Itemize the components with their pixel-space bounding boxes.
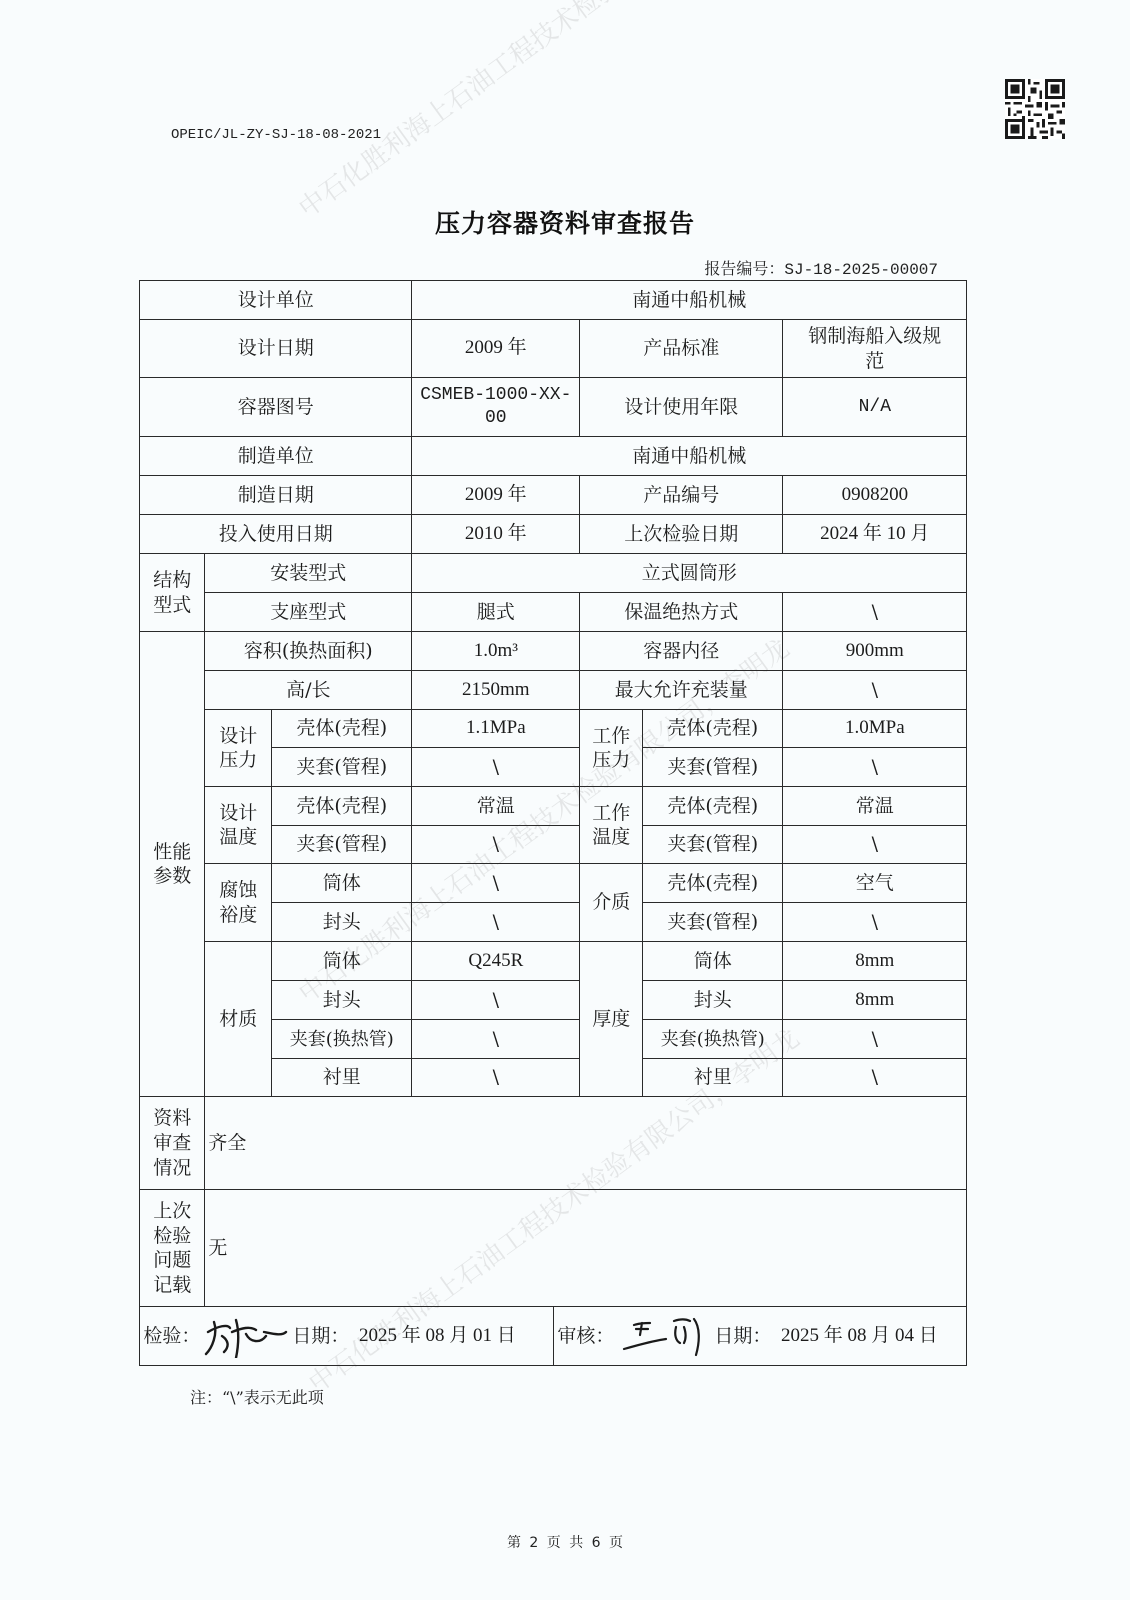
label-drawing-no: 容器图号 xyxy=(139,377,412,437)
value-working-pressure-jacket: \ xyxy=(782,747,967,787)
value-last-issues: 无 xyxy=(204,1189,967,1307)
label-design-temp: 设计温度 xyxy=(204,786,272,864)
reviewer-label: 审核： xyxy=(557,1324,614,1349)
drawing-no-text: CSMEB-1000-XX-00 xyxy=(416,384,575,431)
label-design-unit: 设计单位 xyxy=(139,280,412,320)
label-performance-group: 性能参数 xyxy=(139,631,205,1097)
design-life-text: N/A xyxy=(859,396,891,419)
value-in-service-date: 2010 年 xyxy=(411,514,580,554)
label-thickness-lining: 衬里 xyxy=(642,1058,783,1097)
value-install-type: 立式圆筒形 xyxy=(411,553,967,593)
label-medium-shell: 壳体(壳程) xyxy=(642,863,783,903)
value-design-life: N/A xyxy=(782,377,967,437)
value-material-jacket: \ xyxy=(411,1019,580,1059)
value-support-type: 腿式 xyxy=(411,592,580,632)
page-indicator: 第 2 页 共 6 页 xyxy=(0,1532,1130,1552)
label-working-temp-shell: 壳体(壳程) xyxy=(642,786,783,826)
value-design-unit: 南通中船机械 xyxy=(411,280,967,320)
label-material-cylinder: 筒体 xyxy=(271,941,412,981)
value-thickness-cylinder: 8mm xyxy=(782,941,967,981)
label-review-status: 资料审查情况 xyxy=(139,1096,205,1190)
label-install-type: 安装型式 xyxy=(204,553,412,593)
reviewer-sign-cell: 审核： 日期： 2025 年 08 月 04 日 xyxy=(553,1306,967,1366)
value-thickness-head: 8mm xyxy=(782,980,967,1020)
reviewer-date: 2025 年 08 月 04 日 xyxy=(779,1324,939,1349)
value-manufacture-date: 2009 年 xyxy=(411,475,580,515)
label-design-temp-shell: 壳体(壳程) xyxy=(271,786,412,826)
label-thickness-head: 封头 xyxy=(642,980,783,1020)
value-height: 2150mm xyxy=(411,670,580,710)
label-last-inspection-date: 上次检验日期 xyxy=(579,514,783,554)
inspector-sign-cell: 检验： 日期： 2025 年 08 月 01 日 xyxy=(139,1306,554,1366)
value-drawing-no: CSMEB-1000-XX-00 xyxy=(411,377,580,437)
value-design-temp-jacket: \ xyxy=(411,825,580,864)
value-manufacturer: 南通中船机械 xyxy=(411,436,967,476)
label-corrosion-head: 封头 xyxy=(271,902,412,942)
label-thickness-jacket: 夹套(换热管) xyxy=(642,1019,783,1059)
label-last-issues: 上次检验问题记载 xyxy=(139,1189,205,1307)
label-working-pressure: 工作压力 xyxy=(579,709,643,787)
label-corrosion: 腐蚀裕度 xyxy=(204,863,272,942)
label-support-type: 支座型式 xyxy=(204,592,412,632)
value-working-temp-jacket: \ xyxy=(782,825,967,864)
value-corrosion-head: \ xyxy=(411,902,580,942)
label-thickness: 厚度 xyxy=(579,941,643,1097)
label-medium-jacket: 夹套(管程) xyxy=(642,902,783,942)
value-design-date: 2009 年 xyxy=(411,319,580,378)
value-product-standard: 钢制海船入级规范 xyxy=(782,319,967,378)
label-insulation: 保温绝热方式 xyxy=(579,592,783,632)
inspector-label: 检验： xyxy=(143,1324,200,1349)
value-inner-diameter: 900mm xyxy=(782,631,967,671)
label-material: 材质 xyxy=(204,941,272,1097)
value-max-fill: \ xyxy=(782,670,967,710)
value-medium-jacket: \ xyxy=(782,902,967,942)
label-manufacture-date: 制造日期 xyxy=(139,475,412,515)
value-material-cylinder: Q245R xyxy=(411,941,580,981)
label-manufacturer: 制造单位 xyxy=(139,436,412,476)
reviewer-date-label: 日期： xyxy=(714,1324,771,1349)
value-review-status: 齐全 xyxy=(204,1096,967,1190)
footnote: 注：“\”表示无此项 xyxy=(190,1385,324,1408)
label-medium: 介质 xyxy=(579,863,643,942)
value-medium-shell: 空气 xyxy=(782,863,967,903)
label-working-temp-jacket: 夹套(管程) xyxy=(642,825,783,864)
value-design-pressure-shell: 1.1MPa xyxy=(411,709,580,748)
value-working-temp-shell: 常温 xyxy=(782,786,967,826)
label-material-lining: 衬里 xyxy=(271,1058,412,1097)
value-last-inspection-date: 2024 年 10 月 xyxy=(782,514,967,554)
label-working-pressure-shell: 壳体(壳程) xyxy=(642,709,783,748)
inspector-date: 2025 年 08 月 01 日 xyxy=(357,1324,517,1349)
label-material-head: 封头 xyxy=(271,980,412,1020)
label-height: 高/长 xyxy=(204,670,412,710)
value-product-no: 0908200 xyxy=(782,475,967,515)
label-in-service-date: 投入使用日期 xyxy=(139,514,412,554)
report-table: 设计单位 南通中船机械 设计日期 2009 年 产品标准 钢制海船入级规范 容器… xyxy=(0,0,1130,1600)
label-working-temp: 工作温度 xyxy=(579,786,643,864)
reviewer-signature xyxy=(614,1311,714,1361)
value-design-pressure-jacket: \ xyxy=(411,747,580,787)
value-design-temp-shell: 常温 xyxy=(411,786,580,826)
value-thickness-jacket: \ xyxy=(782,1019,967,1059)
value-working-pressure-shell: 1.0MPa xyxy=(782,709,967,748)
inspector-signature xyxy=(200,1314,292,1358)
value-thickness-lining: \ xyxy=(782,1058,967,1097)
label-design-pressure-jacket: 夹套(管程) xyxy=(271,747,412,787)
label-structure-group: 结构型式 xyxy=(139,553,205,632)
value-volume: 1.0m³ xyxy=(411,631,580,671)
label-design-pressure: 设计压力 xyxy=(204,709,272,787)
value-corrosion-cylinder: \ xyxy=(411,863,580,903)
value-material-lining: \ xyxy=(411,1058,580,1097)
label-product-no: 产品编号 xyxy=(579,475,783,515)
label-volume: 容积(换热面积) xyxy=(204,631,412,671)
label-product-standard: 产品标准 xyxy=(579,319,783,378)
label-design-life: 设计使用年限 xyxy=(579,377,783,437)
label-material-jacket: 夹套(换热管) xyxy=(271,1019,412,1059)
label-design-temp-jacket: 夹套(管程) xyxy=(271,825,412,864)
inspector-date-label: 日期： xyxy=(292,1324,349,1349)
label-design-pressure-shell: 壳体(壳程) xyxy=(271,709,412,748)
label-corrosion-cylinder: 筒体 xyxy=(271,863,412,903)
value-insulation: \ xyxy=(782,592,967,632)
label-max-fill: 最大允许充装量 xyxy=(579,670,783,710)
label-working-pressure-jacket: 夹套(管程) xyxy=(642,747,783,787)
label-design-date: 设计日期 xyxy=(139,319,412,378)
label-thickness-cylinder: 筒体 xyxy=(642,941,783,981)
label-inner-diameter: 容器内径 xyxy=(579,631,783,671)
value-material-head: \ xyxy=(411,980,580,1020)
